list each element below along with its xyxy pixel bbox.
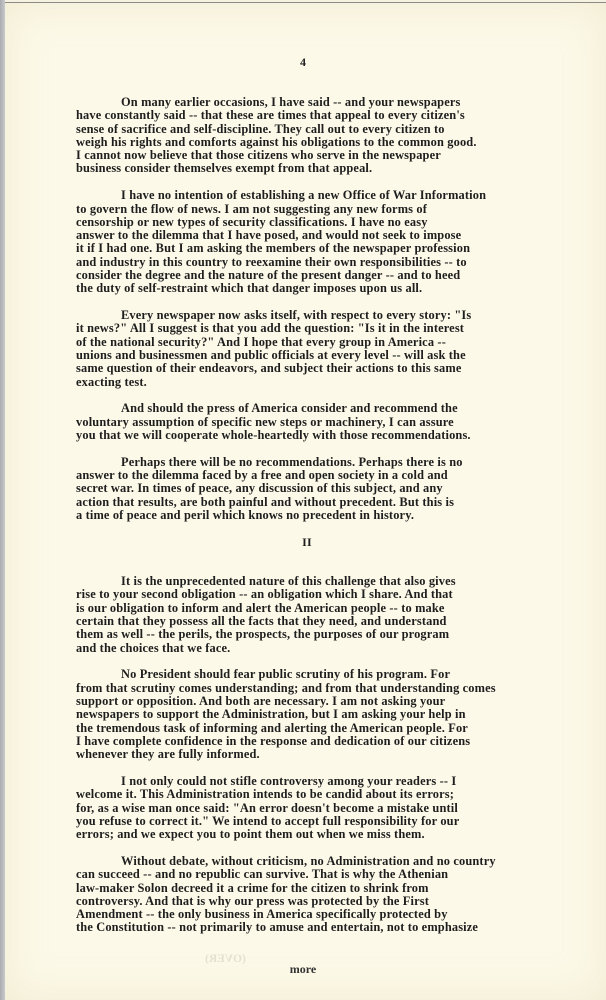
text-line: It is the unprecedented nature of this c… (76, 575, 538, 588)
text-line: same question of their endeavors, and su… (76, 362, 538, 375)
text-line: you refuse to correct it." We intend to … (76, 815, 538, 828)
text-line: On many earlier occasions, I have said -… (76, 96, 538, 109)
text-line: newspapers to support the Administration… (76, 708, 538, 721)
text-line: I not only could not stifle controversy … (76, 775, 538, 788)
paragraph: I have no intention of establishing a ne… (76, 189, 538, 295)
text-line: weigh his rights and comforts against hi… (76, 136, 538, 149)
page-number: 4 (0, 55, 606, 70)
text-line: from that scrutiny comes understanding; … (76, 682, 538, 695)
text-line: business consider themselves exempt from… (76, 162, 538, 175)
footer-more: more (0, 962, 606, 977)
text-line: rise to your second obligation -- an obl… (76, 588, 538, 601)
text-line: secret war. In times of peace, any discu… (76, 482, 538, 495)
text-line: them as well -- the perils, the prospect… (76, 628, 538, 641)
paragraph: Without debate, without criticism, no Ad… (76, 855, 538, 935)
text-line: answer to the dilemma faced by a free an… (76, 469, 538, 482)
text-line: welcome it. This Administration intends … (76, 788, 538, 801)
text-line: Every newspaper now asks itself, with re… (76, 309, 538, 322)
text-line: and industry in this country to reexamin… (76, 256, 538, 269)
text-line: censorship or new types of security clas… (76, 216, 538, 229)
text-line: is our obligation to inform and alert th… (76, 602, 538, 615)
text-line: the tremendous task of informing and ale… (76, 722, 538, 735)
paragraph: And should the press of America consider… (76, 402, 538, 442)
text-line: I cannot now believe that those citizens… (76, 149, 538, 162)
text-line: can succeed -- and no republic can survi… (76, 868, 538, 881)
text-line: sense of sacrifice and self-discipline. … (76, 123, 538, 136)
text-line: law-maker Solon decreed it a crime for t… (76, 882, 538, 895)
text-line: controversy. And that is why our press w… (76, 895, 538, 908)
text-line: voluntary assumption of specific new ste… (76, 416, 538, 429)
text-line: and the choices that we face. (76, 642, 538, 655)
paragraph: Perhaps there will be no recommendations… (76, 456, 538, 522)
text-line: consider the degree and the nature of th… (76, 269, 538, 282)
section-2: It is the unprecedented nature of this c… (76, 575, 538, 935)
text-line: for, as a wise man once said: "An error … (76, 802, 538, 815)
text-line: answer to the dilemma that I have posed,… (76, 229, 538, 242)
text-line: to govern the flow of news. I am not sug… (76, 203, 538, 216)
text-line: I have complete confidence in the respon… (76, 735, 538, 748)
text-line: errors; and we expect you to point them … (76, 828, 538, 841)
paragraph: No President should fear public scrutiny… (76, 668, 538, 761)
text-line: No President should fear public scrutiny… (76, 668, 538, 681)
text-line: I have no intention of establishing a ne… (76, 189, 538, 202)
text-line: it if I had one. But I am asking the mem… (76, 242, 538, 255)
section-1: On many earlier occasions, I have said -… (76, 96, 538, 522)
text-line: certain that they possess all the facts … (76, 615, 538, 628)
paragraph: Every newspaper now asks itself, with re… (76, 309, 538, 389)
text-line: And should the press of America consider… (76, 402, 538, 415)
text-line: of the national security?" And I hope th… (76, 336, 538, 349)
text-line: it news?" All I suggest is that you add … (76, 322, 538, 335)
text-line: you that we will cooperate whole-hearted… (76, 429, 538, 442)
paragraph: I not only could not stifle controversy … (76, 775, 538, 841)
paragraph: It is the unprecedented nature of this c… (76, 575, 538, 655)
paragraph: On many earlier occasions, I have said -… (76, 96, 538, 176)
text-line: action that results, are both painful an… (76, 496, 538, 509)
section-heading: II (76, 536, 538, 549)
text-line: the duty of self-restraint which that da… (76, 282, 538, 295)
text-line: support or opposition. And both are nece… (76, 695, 538, 708)
text-line: Amendment -- the only business in Americ… (76, 908, 538, 921)
document-body: On many earlier occasions, I have said -… (76, 96, 538, 948)
text-line: a time of peace and peril which knows no… (76, 509, 538, 522)
text-line: have constantly said -- that these are t… (76, 109, 538, 122)
text-line: Without debate, without criticism, no Ad… (76, 855, 538, 868)
text-line: the Constitution -- not primarily to amu… (76, 921, 538, 934)
text-line: exacting test. (76, 376, 538, 389)
text-line: unions and businessmen and public offici… (76, 349, 538, 362)
text-line: Perhaps there will be no recommendations… (76, 456, 538, 469)
text-line: whenever they are fully informed. (76, 748, 538, 761)
